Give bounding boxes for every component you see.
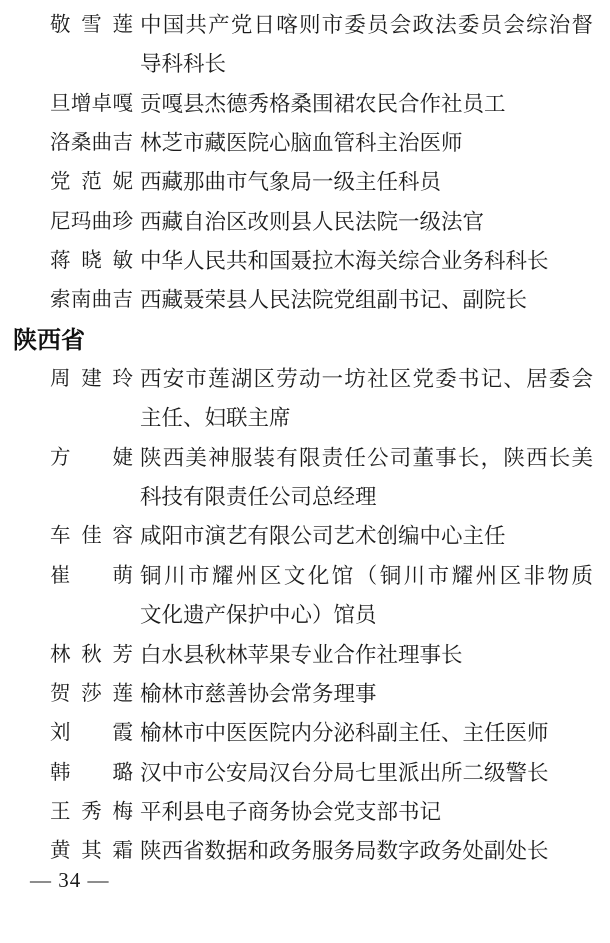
document-page: 敬雪莲中国共产党日喀则市委员会政法委员会综治督导科科长旦增卓嘎贡嘎县杰德秀格桑围…	[0, 0, 610, 943]
honoree-name: 方婕	[50, 439, 133, 478]
honoree-entry: 周建玲西安市莲湖区劳动一坊社区党委书记、居委会主任、妇联主席	[0, 360, 610, 439]
page-number: — 34 —	[30, 866, 110, 894]
honoree-title-line: 西藏自治区改则县人民法院一级法官	[140, 203, 593, 242]
honoree-title-line: 榆林市慈善协会常务理事	[140, 675, 593, 714]
honoree-name: 车佳容	[50, 517, 133, 556]
honoree-title: 铜川市耀州区文化馆（铜川市耀州区非物质文化遗产保护中心）馆员	[140, 557, 593, 636]
honoree-entry: 党范妮西藏那曲市气象局一级主任科员	[0, 163, 610, 202]
honoree-title-line: 西安市莲湖区劳动一坊社区党委书记、居委会	[140, 360, 593, 399]
honoree-title-line: 贡嘎县杰德秀格桑围裙农民合作社员工	[140, 85, 593, 124]
honoree-entry: 林秋芳白水县秋林苹果专业合作社理事长	[0, 636, 610, 675]
honoree-entry: 索南曲吉西藏聂荣县人民法院党组副书记、副院长	[0, 281, 610, 320]
honoree-name: 尼玛曲珍	[50, 203, 133, 242]
honoree-title-line: 中国共产党日喀则市委员会政法委员会综治督	[140, 6, 593, 45]
honoree-name: 林秋芳	[50, 636, 133, 675]
honoree-title: 西藏自治区改则县人民法院一级法官	[140, 203, 593, 242]
honoree-title: 汉中市公安局汉台分局七里派出所二级警长	[140, 754, 593, 793]
honoree-title-line: 林芝市藏医院心脑血管科主治医师	[140, 124, 593, 163]
honoree-list: 敬雪莲中国共产党日喀则市委员会政法委员会综治督导科科长旦增卓嘎贡嘎县杰德秀格桑围…	[0, 6, 610, 872]
honoree-title-line: 导科科长	[140, 45, 593, 84]
honoree-title-line: 中华人民共和国聂拉木海关综合业务科科长	[140, 242, 593, 281]
honoree-entry: 敬雪莲中国共产党日喀则市委员会政法委员会综治督导科科长	[0, 6, 610, 85]
honoree-title: 西安市莲湖区劳动一坊社区党委书记、居委会主任、妇联主席	[140, 360, 593, 439]
honoree-name: 索南曲吉	[50, 281, 133, 320]
honoree-title-line: 铜川市耀州区文化馆（铜川市耀州区非物质	[140, 557, 593, 596]
honoree-title: 咸阳市演艺有限公司艺术创编中心主任	[140, 517, 593, 556]
honoree-title: 白水县秋林苹果专业合作社理事长	[140, 636, 593, 675]
honoree-title: 西藏那曲市气象局一级主任科员	[140, 163, 593, 202]
honoree-title-line: 西藏聂荣县人民法院党组副书记、副院长	[140, 281, 593, 320]
honoree-entry: 洛桑曲吉林芝市藏医院心脑血管科主治医师	[0, 124, 610, 163]
honoree-name: 周建玲	[50, 360, 133, 399]
honoree-name: 贺莎莲	[50, 675, 133, 714]
honoree-title-line: 榆林市中医医院内分泌科副主任、主任医师	[140, 714, 593, 753]
honoree-title-line: 咸阳市演艺有限公司艺术创编中心主任	[140, 517, 593, 556]
honoree-title-line: 主任、妇联主席	[140, 399, 593, 438]
honoree-title: 西藏聂荣县人民法院党组副书记、副院长	[140, 281, 593, 320]
honoree-entry: 王秀梅平利县电子商务协会党支部书记	[0, 793, 610, 832]
honoree-name: 旦增卓嘎	[50, 85, 133, 124]
honoree-title: 陕西美神服装有限责任公司董事长，陕西长美科技有限责任公司总经理	[140, 439, 593, 518]
honoree-title-line: 西藏那曲市气象局一级主任科员	[140, 163, 593, 202]
honoree-title-line: 陕西美神服装有限责任公司董事长，陕西长美	[140, 439, 593, 478]
honoree-entry: 刘霞榆林市中医医院内分泌科副主任、主任医师	[0, 714, 610, 753]
honoree-title: 榆林市中医医院内分泌科副主任、主任医师	[140, 714, 593, 753]
section-header-province: 陕西省	[13, 321, 610, 360]
honoree-title-line: 文化遗产保护中心）馆员	[140, 596, 593, 635]
honoree-name: 王秀梅	[50, 793, 133, 832]
honoree-entry: 崔萌铜川市耀州区文化馆（铜川市耀州区非物质文化遗产保护中心）馆员	[0, 557, 610, 636]
honoree-entry: 车佳容咸阳市演艺有限公司艺术创编中心主任	[0, 517, 610, 556]
honoree-title: 中国共产党日喀则市委员会政法委员会综治督导科科长	[140, 6, 593, 85]
honoree-title-line: 汉中市公安局汉台分局七里派出所二级警长	[140, 754, 593, 793]
honoree-title: 平利县电子商务协会党支部书记	[140, 793, 593, 832]
honoree-name: 刘霞	[50, 714, 133, 753]
honoree-name: 党范妮	[50, 163, 133, 202]
honoree-entry: 方婕陕西美神服装有限责任公司董事长，陕西长美科技有限责任公司总经理	[0, 439, 610, 518]
honoree-title: 陕西省数据和政务服务局数字政务处副处长	[140, 832, 593, 871]
honoree-title-line: 陕西省数据和政务服务局数字政务处副处长	[140, 832, 593, 871]
honoree-entry: 旦增卓嘎贡嘎县杰德秀格桑围裙农民合作社员工	[0, 85, 610, 124]
honoree-name: 蒋晓敏	[50, 242, 133, 281]
honoree-name: 敬雪莲	[50, 6, 133, 45]
honoree-title-line: 平利县电子商务协会党支部书记	[140, 793, 593, 832]
honoree-title-line: 白水县秋林苹果专业合作社理事长	[140, 636, 593, 675]
honoree-entry: 贺莎莲榆林市慈善协会常务理事	[0, 675, 610, 714]
honoree-name: 韩璐	[50, 754, 133, 793]
honoree-title: 榆林市慈善协会常务理事	[140, 675, 593, 714]
honoree-title: 林芝市藏医院心脑血管科主治医师	[140, 124, 593, 163]
honoree-entry: 蒋晓敏中华人民共和国聂拉木海关综合业务科科长	[0, 242, 610, 281]
honoree-entry: 韩璐汉中市公安局汉台分局七里派出所二级警长	[0, 754, 610, 793]
honoree-title: 贡嘎县杰德秀格桑围裙农民合作社员工	[140, 85, 593, 124]
honoree-title-line: 科技有限责任公司总经理	[140, 478, 593, 517]
honoree-entry: 尼玛曲珍西藏自治区改则县人民法院一级法官	[0, 203, 610, 242]
honoree-name: 崔萌	[50, 557, 133, 596]
honoree-title: 中华人民共和国聂拉木海关综合业务科科长	[140, 242, 593, 281]
honoree-name: 洛桑曲吉	[50, 124, 133, 163]
